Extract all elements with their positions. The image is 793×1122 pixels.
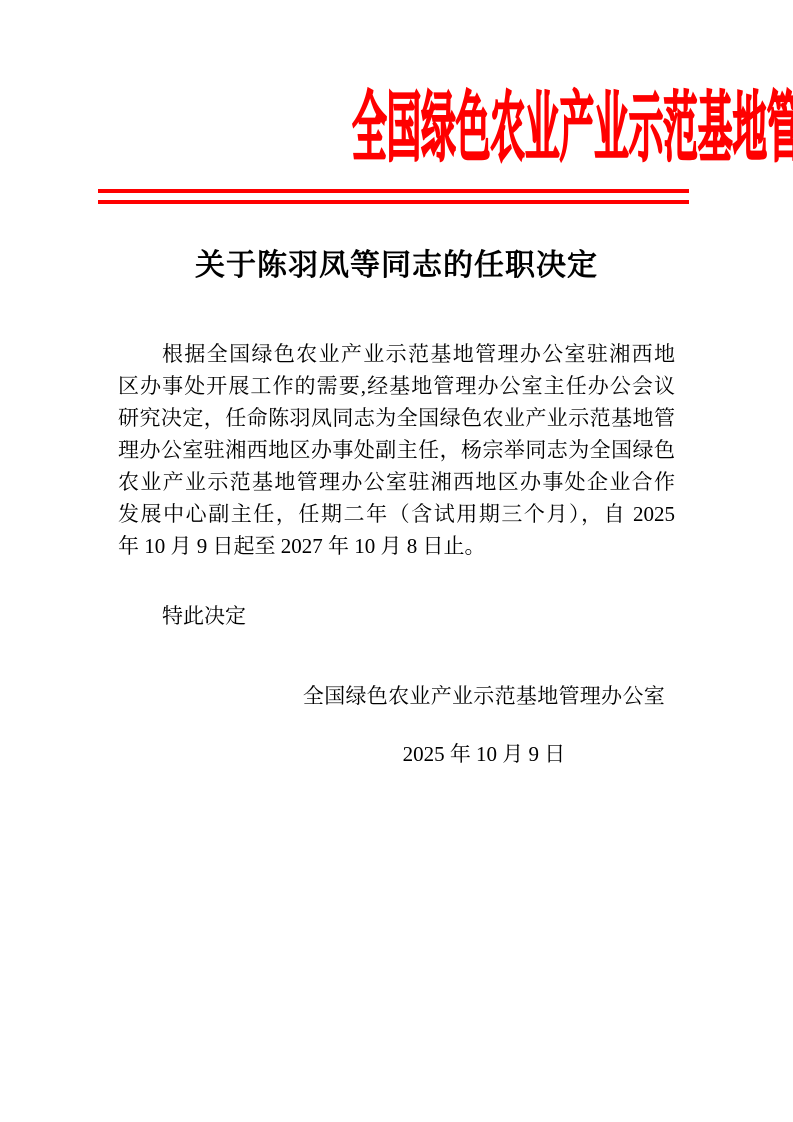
document-title: 关于陈羽凤等同志的任职决定 xyxy=(0,248,793,284)
document-page: 全国绿色农业产业示范基地管理办公室 关于陈羽凤等同志的任职决定 根据全国绿色农业… xyxy=(0,0,793,1122)
body-line: 年 10 月 9 日起至 2027 年 10 月 8 日止。 xyxy=(118,530,675,562)
signature-date: 2025 年 10 月 9 日 xyxy=(303,738,665,770)
letterhead: 全国绿色农业产业示范基地管理办公室 xyxy=(0,88,793,172)
letterhead-double-rule xyxy=(98,189,689,204)
body-line: 根据全国绿色农业产业示范基地管理办公室驻湘西地 xyxy=(118,338,675,370)
letterhead-org-name: 全国绿色农业产业示范基地管理办公室 xyxy=(352,88,793,170)
signature-block: 全国绿色农业产业示范基地管理办公室 2025 年 10 月 9 日 xyxy=(303,680,665,770)
body-line: 区办事处开展工作的需要,经基地管理办公室主任办公会议 xyxy=(118,370,675,402)
red-rule-bottom xyxy=(98,200,689,204)
rule-gap xyxy=(98,193,689,200)
body-line: 农业产业示范基地管理办公室驻湘西地区办事处企业合作 xyxy=(118,466,675,498)
signature-org-name: 全国绿色农业产业示范基地管理办公室 xyxy=(303,680,665,712)
closing-phrase: 特此决定 xyxy=(118,600,793,632)
body-line: 理办公室驻湘西地区办事处副主任，杨宗举同志为全国绿色 xyxy=(118,434,675,466)
body-line: 发展中心副主任，任期二年（含试用期三个月），自 2025 xyxy=(118,498,675,530)
body-line: 研究决定，任命陈羽凤同志为全国绿色农业产业示范基地管 xyxy=(118,402,675,434)
body-paragraph: 根据全国绿色农业产业示范基地管理办公室驻湘西地 区办事处开展工作的需要,经基地管… xyxy=(118,338,675,562)
